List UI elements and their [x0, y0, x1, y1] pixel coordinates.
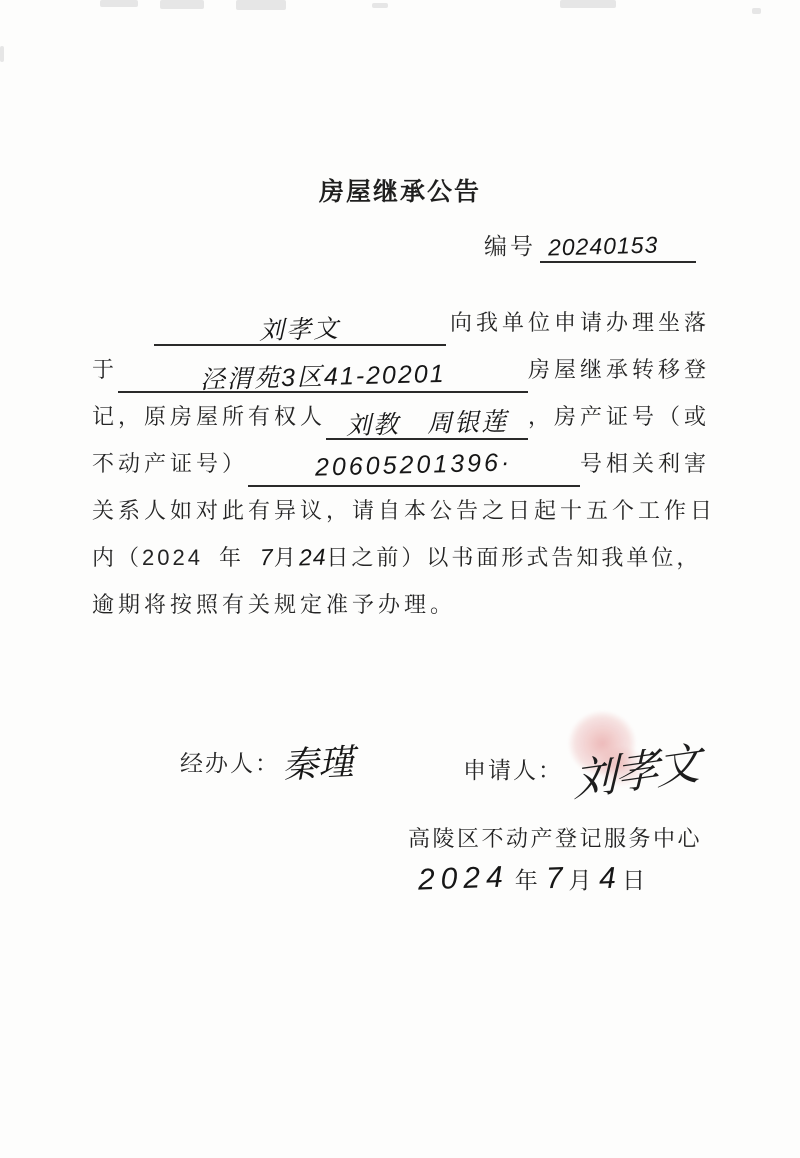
- date-month-unit: 月: [568, 862, 593, 895]
- deadline-pre-text: 内（2024: [92, 541, 203, 572]
- applicant-name-underline: 刘孝文: [154, 310, 446, 346]
- body-line-2: 于 泾渭苑3区41-20201 房屋继承转移登: [92, 353, 710, 400]
- body-line-5-text: 关系人如对此有异议，请自本公告之日起十五个工作日: [92, 494, 716, 525]
- address-underline: 泾渭苑3区41-20201: [118, 357, 528, 393]
- date-day-unit: 日: [622, 862, 647, 895]
- deadline-month-unit: 月: [274, 541, 299, 572]
- body-line-5: 关系人如对此有异议，请自本公告之日起十五个工作日: [92, 494, 710, 541]
- body-line-1-text: 向我单位申请办理坐落: [450, 306, 710, 337]
- date-day-handwritten: 4: [599, 862, 617, 897]
- body-line-4-prefix: 不动产证号）: [92, 447, 248, 478]
- applicant-signature-block: 申请人： 刘孝文: [463, 736, 699, 800]
- deadline-year-unit: 年: [219, 541, 244, 572]
- number-value-handwritten: 20240153: [548, 232, 659, 262]
- document-page: 房屋继承公告 编号 20240153 刘孝文 向我单位申请办理坐落 于 泾渭苑3…: [0, 0, 800, 1158]
- body-line-3-prefix: 记，原房屋所有权人: [92, 400, 326, 431]
- date-year-unit: 年: [515, 862, 540, 895]
- date-year-handwritten: 2024: [417, 860, 509, 897]
- document-title: 房屋继承公告: [0, 172, 800, 208]
- certificate-number-handwritten: 20605201396·: [315, 448, 513, 482]
- owner-names-handwritten: 刘教 周银莲: [346, 402, 509, 442]
- body-line-2-prefix: 于: [92, 353, 118, 384]
- scan-artifact: [752, 8, 761, 14]
- body-line-3-suffix: ，房产证号（或: [528, 400, 710, 431]
- applicant-name-handwritten: 刘孝文: [259, 309, 341, 347]
- applicant-signature-wrap: 刘孝文: [573, 736, 699, 800]
- body-line-7-text: 逾期将按照有关规定准予办理。: [92, 588, 456, 619]
- signature-row: 经办人： 秦瑾 申请人： 刘孝文: [0, 714, 800, 814]
- operator-label: 经办人：: [180, 745, 280, 778]
- scan-artifact: [160, 0, 204, 9]
- number-underline: 20240153: [540, 233, 696, 263]
- body-line-1: 刘孝文 向我单位申请办理坐落: [92, 306, 710, 353]
- number-row: 编号 20240153: [484, 228, 696, 263]
- scan-artifact: [0, 46, 4, 62]
- date-month-handwritten: 7: [545, 862, 563, 897]
- body-line-4-suffix: 号相关利害: [580, 447, 710, 478]
- deadline-post-text: 日之前）以书面形式告知我单位，: [326, 541, 701, 572]
- scan-artifact: [236, 0, 286, 10]
- address-handwritten: 泾渭苑3区41-20201: [200, 354, 446, 396]
- organization-name: 高陵区不动产登记服务中心: [408, 822, 702, 853]
- scan-artifact: [560, 0, 616, 8]
- deadline-day-handwritten: 24: [298, 544, 327, 572]
- number-label: 编号: [484, 228, 536, 261]
- body-line-3: 记，原房屋所有权人 刘教 周银莲 ，房产证号（或: [92, 400, 710, 447]
- applicant-label: 申请人：: [463, 752, 563, 785]
- issue-date: 2024 年 7 月 4 日: [412, 862, 647, 896]
- operator-signature-handwritten: 秦瑾: [281, 734, 356, 789]
- scan-artifact: [100, 0, 138, 7]
- body-line-2-text: 房屋继承转移登: [528, 353, 710, 384]
- operator-signature-block: 经办人： 秦瑾: [180, 736, 354, 787]
- owner-names-underline: 刘教 周银莲: [326, 404, 528, 440]
- certificate-number-underline: 20605201396·: [248, 451, 580, 487]
- body-paragraph: 刘孝文 向我单位申请办理坐落 于 泾渭苑3区41-20201 房屋继承转移登 记…: [92, 306, 710, 635]
- body-line-7: 逾期将按照有关规定准予办理。: [92, 588, 710, 635]
- body-line-4: 不动产证号） 20605201396· 号相关利害: [92, 447, 710, 494]
- body-line-6: 内（2024 年 7 月 24 日之前）以书面形式告知我单位，: [92, 541, 710, 588]
- deadline-month-handwritten: 7: [260, 544, 275, 571]
- scan-artifact: [372, 3, 388, 8]
